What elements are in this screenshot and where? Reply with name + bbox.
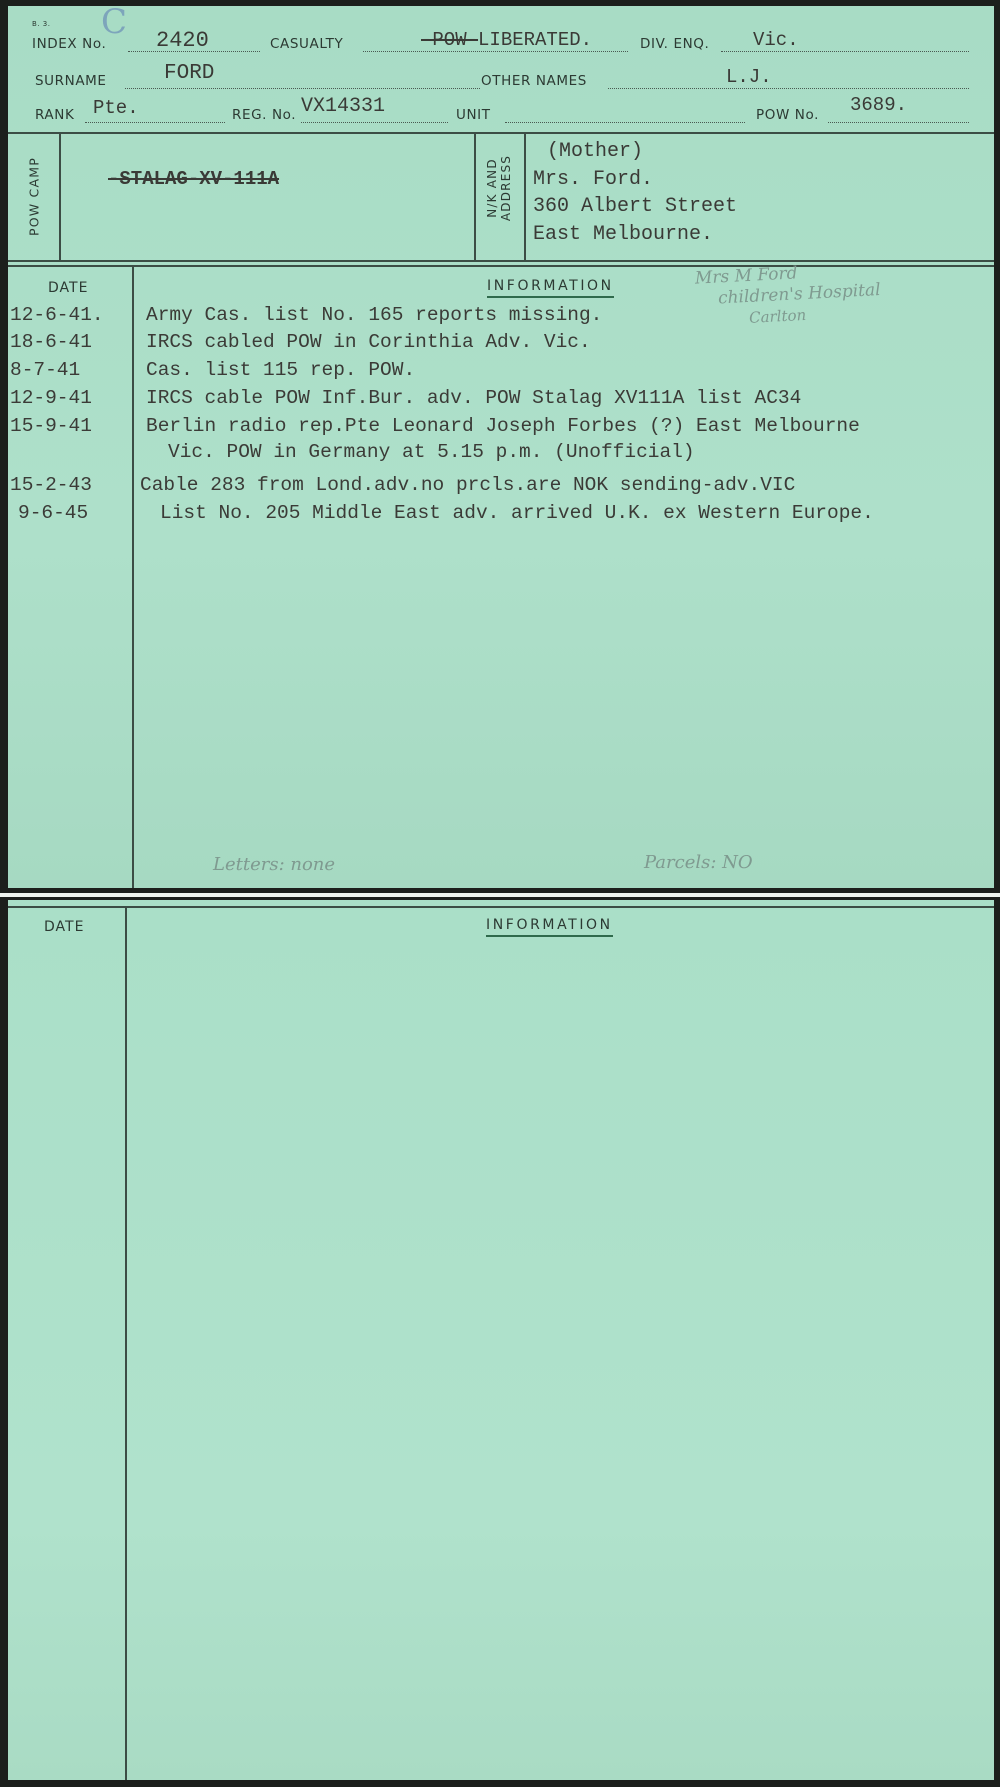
pow-no-value: 3689. xyxy=(850,94,907,116)
nk-address-block: (Mother) Mrs. Ford. 360 Albert Street Ea… xyxy=(533,138,737,248)
nk-suburb: East Melbourne. xyxy=(533,221,737,249)
index-no-label: INDEX No. xyxy=(32,36,106,52)
div-enq-label: DIV. ENQ. xyxy=(640,36,709,52)
card-back: DATE INFORMATION xyxy=(8,900,994,1780)
row-information: Vic. POW in Germany at 5.15 p.m. (Unoffi… xyxy=(168,441,695,463)
back-date-header: DATE xyxy=(44,919,84,935)
handwritten-parcels: Parcels: NO xyxy=(644,852,753,873)
card-separator xyxy=(0,893,1000,897)
row-information: Cable 283 from Lond.adv.no prcls.are NOK… xyxy=(140,474,795,496)
row-date: 8-7-41 xyxy=(10,359,80,381)
row-information: Berlin radio rep.Pte Leonard Joseph Forb… xyxy=(146,415,860,437)
date-header: DATE xyxy=(48,280,88,296)
surname-value: FORD xyxy=(164,62,214,85)
row-date: 15-2-43 xyxy=(10,474,92,496)
row-date: 12-9-41 xyxy=(10,387,92,409)
other-names-value: L.J. xyxy=(726,66,772,88)
pow-no-label: POW No. xyxy=(756,107,819,123)
handwritten-letters: Letters: none xyxy=(213,854,335,875)
row-information: Army Cas. list No. 165 reports missing. xyxy=(146,304,602,326)
nk-relationship: (Mother) xyxy=(533,138,737,166)
row-date: 9-6-45 xyxy=(18,502,88,524)
row-date: 18-6-41 xyxy=(10,331,92,353)
reg-no-value: VX14331 xyxy=(301,95,385,118)
row-information: IRCS cable POW Inf.Bur. adv. POW Stalag … xyxy=(146,387,801,409)
rank-value: Pte. xyxy=(93,97,139,119)
back-information-header: INFORMATION xyxy=(486,917,613,937)
pow-camp-label: POW CAMP xyxy=(27,137,42,257)
casualty-label: CASUALTY xyxy=(270,36,343,52)
surname-label: SURNAME xyxy=(35,73,107,89)
nk-name: Mrs. Ford. xyxy=(533,166,737,194)
row-date: 15-9-41 xyxy=(10,415,92,437)
casualty-struck-value: -POW- xyxy=(421,29,478,51)
index-no-value: 2420 xyxy=(156,28,209,53)
row-information: IRCS cabled POW in Corinthia Adv. Vic. xyxy=(146,331,591,353)
div-enq-value: Vic. xyxy=(753,29,799,51)
card-front: B. 3. C INDEX No. 2420 CASUALTY -POW-LIB… xyxy=(8,6,994,888)
other-names-label: OTHER NAMES xyxy=(481,73,587,89)
row-information: Cas. list 115 rep. POW. xyxy=(146,359,415,381)
pow-camp-value: -STALAG-XV-111A xyxy=(108,168,279,190)
nk-street: 360 Albert Street xyxy=(533,193,737,221)
casualty-value: -POW-LIBERATED. xyxy=(421,29,592,51)
unit-label: UNIT xyxy=(456,107,491,123)
row-information: List No. 205 Middle East adv. arrived U.… xyxy=(160,502,874,524)
form-code: B. 3. xyxy=(32,20,50,28)
information-header: INFORMATION xyxy=(487,278,614,298)
handwritten-nok-note: Mrs M Ford children's Hospital Carlton xyxy=(686,259,882,332)
nk-address-label: N/K ANDADDRESS xyxy=(485,128,513,248)
row-date: 12-6-41. xyxy=(10,304,104,326)
rank-label: RANK xyxy=(35,107,74,123)
reg-no-label: REG. No. xyxy=(232,107,296,123)
